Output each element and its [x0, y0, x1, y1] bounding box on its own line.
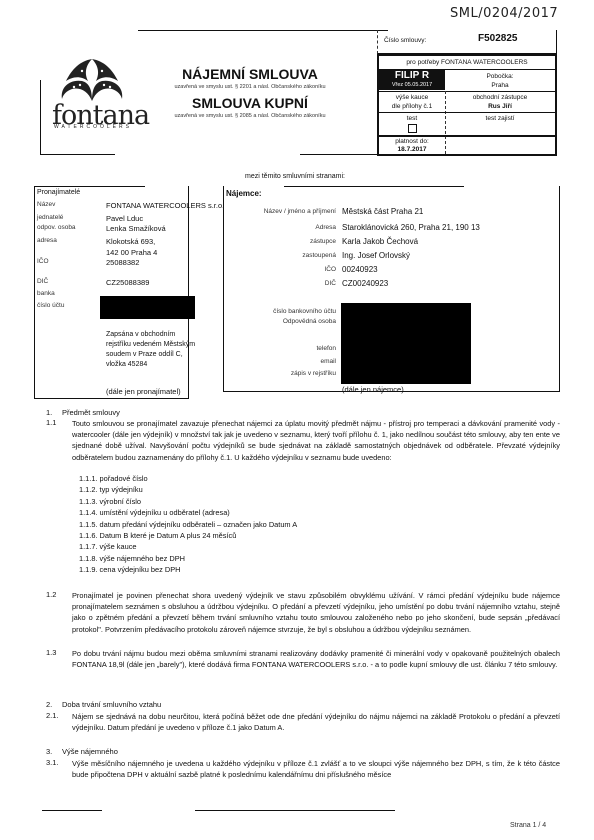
lessor-field-label: banka [37, 290, 55, 297]
section-heading: Doba trvání smluvního vztahu [62, 700, 161, 709]
divider [284, 186, 464, 187]
clause-text: Nájem se sjednává na dobu neurčitou, kte… [72, 711, 560, 733]
lessor-field-label: Název [37, 201, 55, 208]
sales-rep-value: Rus Jiří [445, 102, 555, 111]
lessor-field-value: 142 00 Praha 4 [106, 248, 157, 257]
lessor-field-label: adresa [37, 237, 57, 244]
section-heading: Výše nájemného [62, 747, 118, 756]
header-bottom-rule [300, 154, 380, 155]
deposit-value: dle přílohy č.1 [379, 102, 445, 111]
branch-label: Pobočka: [445, 72, 555, 81]
lessee-field-value: Městská část Praha 21 [342, 207, 423, 216]
lessee-field-label: číslo bankovního účtu [226, 308, 336, 315]
lessee-field-label: Adresa [226, 224, 336, 231]
lessee-field-label: DIČ [226, 280, 336, 287]
lessor-field-label: jednatelé [37, 214, 63, 221]
stamp-name: FILIP R [379, 70, 445, 82]
lessor-field-value: Klokotská 693, [106, 237, 155, 246]
clause-list-item: 1.1.5. datum předání výdejníku odběratel… [79, 520, 297, 529]
lessee-field-label: email [226, 358, 336, 365]
contract-number-box: Číslo smlouvy: F502825 [377, 30, 557, 54]
for-needs-label: pro potřeby FONTANA WATERCOOLERS [379, 58, 555, 67]
lessor-field-value: FONTANA WATERCOOLERS s.r.o. [106, 201, 224, 210]
section-number: 1. [46, 408, 52, 417]
section-heading: Předmět smlouvy [62, 408, 120, 417]
test-label: test [379, 114, 445, 123]
stamp-date: Vřez 05.05.2017 [379, 82, 445, 89]
lessor-field-label: DIČ [37, 278, 48, 285]
redacted-bank-account [100, 296, 195, 319]
contract-number: F502825 [478, 34, 517, 43]
clause-list-item: 1.1.1. pořadové číslo [79, 474, 148, 483]
lessee-field-label: telefon [226, 345, 336, 352]
lessee-field-value: Karla Jakob Čechová [342, 237, 418, 246]
clause-list-item: 1.1.4. umístění výdejníku u odběratel (a… [79, 508, 230, 517]
lessor-heading: Pronajímatelé [37, 189, 80, 196]
lessor-field-value: Lenka Smažíková [106, 224, 166, 233]
redacted-lessee-details [341, 303, 471, 384]
logo-bottom-rule [40, 154, 115, 155]
clause-text: Po dobu trvání nájmu budou mezi oběma sm… [72, 648, 560, 670]
clause-number: 1.1 [46, 418, 56, 427]
header-top-rule [138, 30, 388, 31]
signature-line-right [195, 810, 395, 811]
lessee-field-value: CZ00240923 [342, 279, 388, 288]
lessee-field-label: zástupce [226, 238, 336, 245]
lessee-field-label: Odpovědná osoba [226, 318, 336, 325]
clause-text: Touto smlouvou se pronajímatel zavazuje … [72, 418, 560, 463]
contract-number-label: Číslo smlouvy: [384, 36, 426, 45]
clause-text: Výše měsíčního nájemného je uvedena u ka… [72, 758, 560, 780]
between-parties-text: mezi těmito smluvními stranami: [200, 173, 390, 180]
lessee-heading: Nájemce: [226, 189, 262, 198]
deposit-label: výše kauce [379, 93, 445, 102]
clause-list-item: 1.1.2. typ výdejníku [79, 485, 143, 494]
clause-list-item: 1.1.9. cena výdejníku bez DPH [79, 565, 180, 574]
lessee-field-value: Ing. Josef Orlovský [342, 251, 410, 260]
clause-number: 1.3 [46, 648, 56, 657]
title-purchase-contract: SMLOUVA KUPNÍ [160, 95, 340, 111]
branch-value: Praha [445, 81, 555, 90]
test-value: test zajistí [445, 114, 555, 123]
divider [379, 91, 555, 92]
lessor-footer: (dále jen pronajímatel) [106, 387, 181, 396]
section-number: 3. [46, 747, 52, 756]
sales-rep-label: obchodní zástupce [445, 93, 555, 102]
clause-number: 1.2 [46, 590, 56, 599]
subtitle-purchase-contract: uzavřená ve smyslu ust. § 2085 a násl. O… [150, 113, 350, 119]
clause-list-item: 1.1.7. výše kauce [79, 542, 137, 551]
section-number: 2. [46, 700, 52, 709]
lessor-field-value: Pavel Lduc [106, 214, 143, 223]
subtitle-lease-contract: uzavřená ve smyslu ust. § 2201 a násl. O… [150, 84, 350, 90]
lessee-field-label: zastoupená [226, 252, 336, 259]
lessor-field-value: 25088382 [106, 258, 139, 267]
logo-tagline: WATERCOOLERS [54, 124, 132, 130]
clause-text: Pronajímatel je povinen přenechat shora … [72, 590, 560, 635]
clause-number: 2.1. [46, 711, 59, 720]
lessee-field-label: IČO [226, 266, 336, 273]
divider [379, 112, 555, 113]
lessor-field-label: odpov. osoba [37, 224, 76, 231]
test-checkbox[interactable] [408, 124, 417, 133]
clause-list-item: 1.1.8. výše nájemného bez DPH [79, 554, 185, 563]
contract-details-box: pro potřeby FONTANA WATERCOOLERS FILIP R… [377, 54, 557, 156]
lessor-registry: Zapsána v obchodním rejstříku vedeném Mě… [106, 330, 196, 370]
handwritten-reference: SML/0204/2017 [450, 6, 558, 21]
fontana-fountain-logo-icon [52, 55, 132, 105]
lessor-field-value: CZ25088389 [106, 278, 149, 287]
clause-list-item: 1.1.3. výrobní číslo [79, 497, 141, 506]
lessee-field-label: Název / jméno a příjmení [226, 208, 336, 215]
validity-value: 18.7.2017 [379, 145, 445, 154]
approval-stamp: FILIP R Vřez 05.05.2017 [379, 70, 445, 90]
lessee-field-label: zápis v rejstříku [226, 370, 336, 377]
lessee-field-value: 00240923 [342, 265, 378, 274]
title-lease-contract: NÁJEMNÍ SMLOUVA [160, 66, 340, 82]
lessee-footer: (dále jen nájemce) [342, 385, 404, 394]
lessor-field-label: číslo účtu [37, 302, 64, 309]
clause-number: 3.1. [46, 758, 59, 767]
signature-line-left [42, 810, 102, 811]
lessor-field-label: IČO [37, 258, 49, 265]
clause-list-item: 1.1.6. Datum B které je Datum A plus 24 … [79, 531, 236, 540]
lessee-field-value: Staroklánovická 260, Praha 21, 190 13 [342, 223, 480, 232]
logo-left-rule [40, 80, 41, 155]
divider [35, 186, 145, 187]
page-number: Strana 1 / 4 [510, 822, 546, 829]
